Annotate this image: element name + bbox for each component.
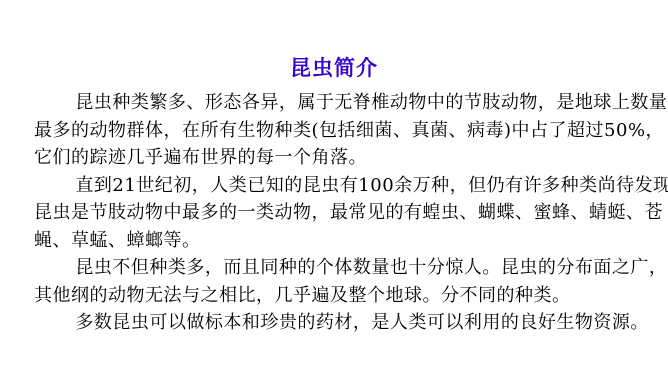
text-line: 多数昆虫可以做标本和珍贵的药材，是人类可以利用的良好生物资源。	[34, 309, 646, 337]
text-line: 其他纲的动物无法与之相比，几乎遍及整个地球。分不同的种类。	[34, 282, 646, 310]
text-line: 直到21世纪初，人类已知的昆虫有100余万种，但仍有许多种类尚待发现。	[34, 172, 646, 200]
text-line: 蝇、草蜢、蟑螂等。	[34, 227, 646, 255]
text-line: 昆虫是节肢动物中最多的一类动物，最常见的有蝗虫、蝴蝶、蜜蜂、蜻蜓、苍	[34, 199, 646, 227]
slide-title: 昆虫简介	[0, 52, 668, 82]
slide: 昆虫简介 昆虫种类繁多、形态各异，属于无脊椎动物中的节肢动物，是地球上数量最多的…	[0, 0, 668, 376]
text-line: 最多的动物群体，在所有生物种类(包括细菌、真菌、病毒)中占了超过50%，	[34, 117, 646, 145]
text-line: 它们的踪迹几乎遍布世界的每一个角落。	[34, 144, 646, 172]
text-block: 昆虫种类繁多、形态各异，属于无脊椎动物中的节肢动物，是地球上数量最多的动物群体，…	[34, 89, 646, 337]
text-line: 昆虫不但种类多，而且同种的个体数量也十分惊人。昆虫的分布面之广，	[34, 254, 646, 282]
text-line: 昆虫种类繁多、形态各异，属于无脊椎动物中的节肢动物，是地球上数量	[34, 89, 646, 117]
